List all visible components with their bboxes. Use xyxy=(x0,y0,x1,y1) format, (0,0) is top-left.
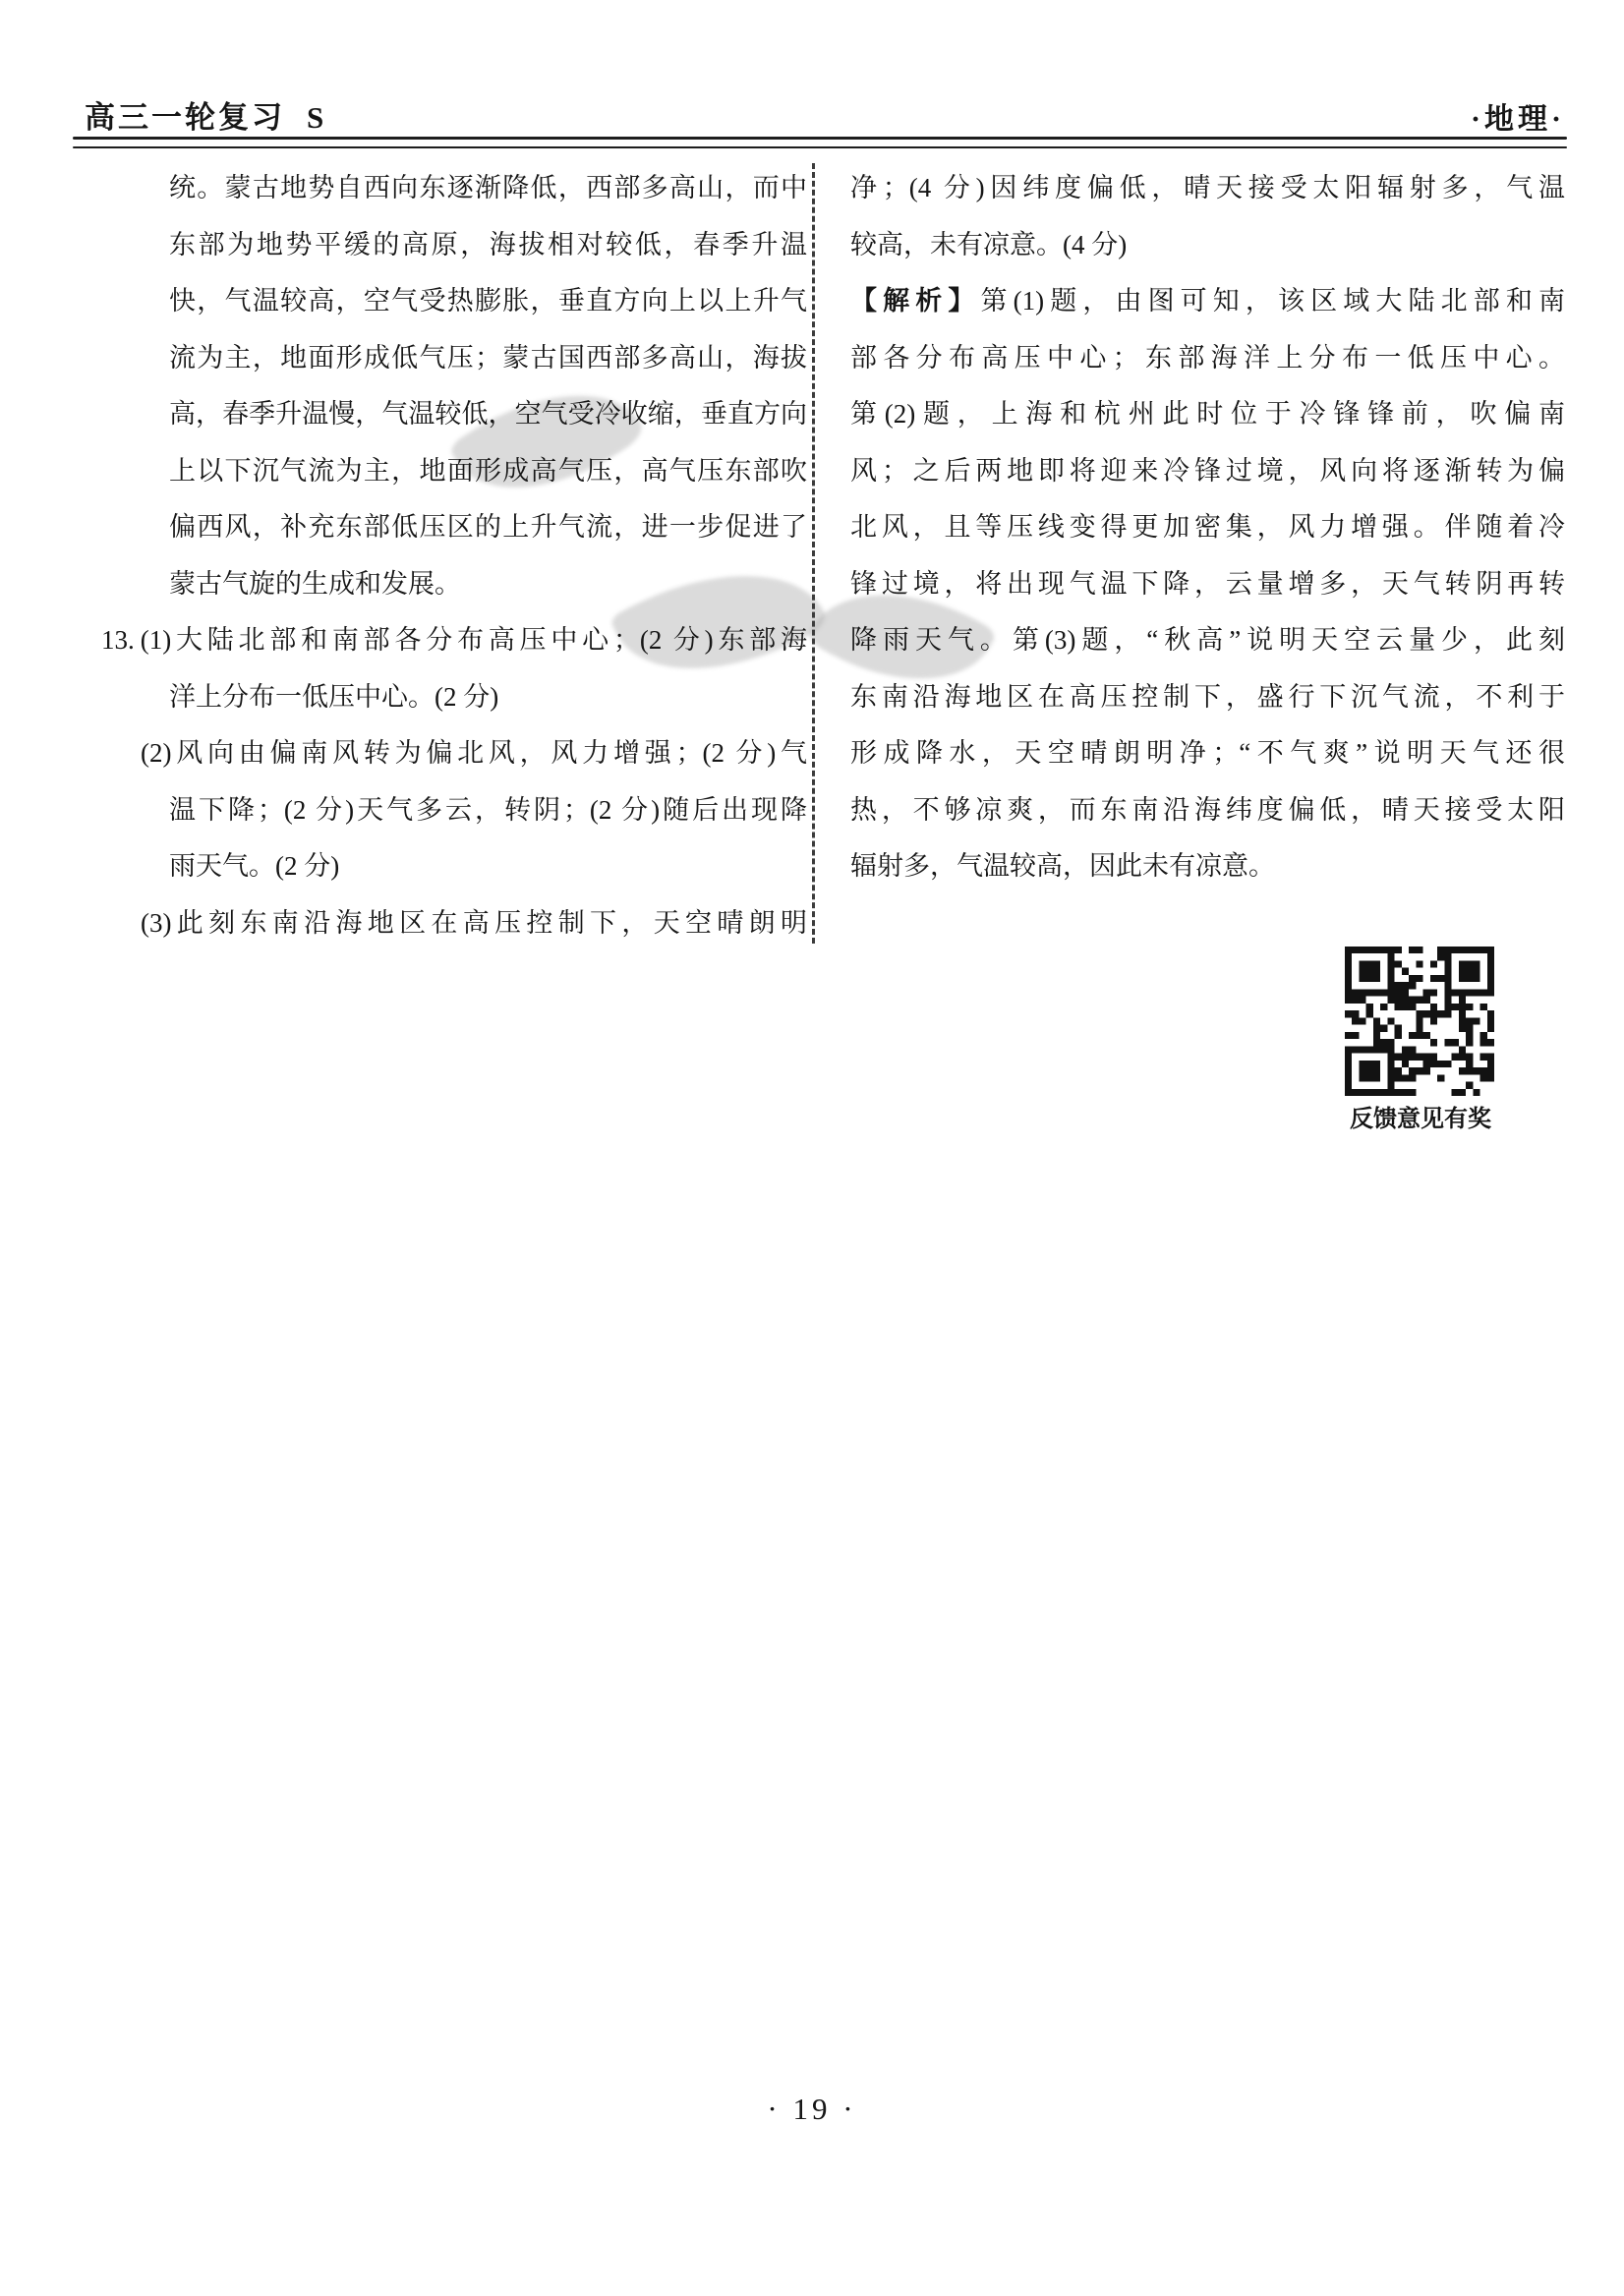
text-line: 偏西风，补充东部低压区的上升气流，进一步促进了 xyxy=(101,499,807,556)
text-line: 锋过境，将出现气温下降，云量增多，天气转阴再转 xyxy=(850,556,1565,613)
header-title-text: 高三一轮复习 xyxy=(85,100,285,135)
text-line: (3)此刻东南沿海地区在高压控制下，天空晴朗明 xyxy=(101,895,807,952)
column-divider xyxy=(812,163,815,944)
analysis-label: 【解析】 xyxy=(850,286,980,316)
text-line: 流为主，地面形成低气压；蒙古国西部多高山，海拔 xyxy=(101,330,807,387)
text-line: 东南沿海地区在高压控制下，盛行下沉气流，不利于 xyxy=(850,669,1565,726)
text-line: 降雨天气。第(3)题，“秋高”说明天空云量少，此刻 xyxy=(850,612,1565,669)
text-line: 温下降；(2 分)天气多云，转阴；(2 分)随后出现降 xyxy=(101,782,807,839)
text-line: 热，不够凉爽，而东南沿海纬度偏低，晴天接受太阳 xyxy=(850,782,1565,839)
text-line: 统。蒙古地势自西向东逐渐降低，西部多高山，而中 xyxy=(101,160,807,217)
header-edition: S xyxy=(307,100,323,135)
text-line: 高，春季升温慢，气温较低，空气受冷收缩，垂直方向 xyxy=(101,386,807,443)
text-line: 较高，未有凉意。(4 分) xyxy=(850,217,1565,274)
answer-text: (1)大陆北部和南部各分布高压中心；(2 分)东部海 xyxy=(141,625,807,655)
text-line: 雨天气。(2 分) xyxy=(101,838,807,895)
text-line: 净；(4 分)因纬度偏低，晴天接受太阳辐射多，气温 xyxy=(850,160,1565,217)
text-line: 蒙古气旋的生成和发展。 xyxy=(101,556,807,613)
scanned-answer-page: 高三一轮复习S ·地理· 统。蒙古地势自西向东逐渐降低，西部多高山，而中 东部为… xyxy=(0,0,1624,2296)
qr-code xyxy=(1345,947,1494,1096)
text-line: 形成降水，天空晴朗明净；“不气爽”说明天气还很 xyxy=(850,725,1565,782)
header-title: 高三一轮复习S xyxy=(85,92,323,137)
analysis-text: 第(1)题，由图可知，该区域大陆北部和南 xyxy=(980,286,1565,316)
header-subject: ·地理· xyxy=(1471,94,1565,138)
question-number: 13. xyxy=(101,625,141,655)
page-number: · 19 · xyxy=(0,2092,1624,2127)
text-line: 部各分布高压中心；东部海洋上分布一低压中心。 xyxy=(850,330,1565,387)
header-rule-bottom xyxy=(73,146,1567,148)
text-line: 【解析】第(1)题，由图可知，该区域大陆北部和南 xyxy=(850,273,1565,330)
text-line: 洋上分布一低压中心。(2 分) xyxy=(101,669,807,726)
text-line: 东部为地势平缓的高原，海拔相对较低，春季升温 xyxy=(101,217,807,274)
text-line: (2)风向由偏南风转为偏北风，风力增强；(2 分)气 xyxy=(101,725,807,782)
header-rule-top xyxy=(73,137,1567,140)
qr-caption: 反馈意见有奖 xyxy=(1333,1099,1508,1133)
text-line: 上以下沉气流为主，地面形成高气压，高气压东部吹 xyxy=(101,443,807,500)
left-column: 统。蒙古地势自西向东逐渐降低，西部多高山，而中 东部为地势平缓的高原，海拔相对较… xyxy=(101,160,807,951)
right-column: 净；(4 分)因纬度偏低，晴天接受太阳辐射多，气温 较高，未有凉意。(4 分) … xyxy=(850,160,1565,895)
text-line: 辐射多，气温较高，因此未有凉意。 xyxy=(850,838,1565,895)
text-line: 风；之后两地即将迎来冷锋过境，风向将逐渐转为偏 xyxy=(850,443,1565,500)
text-line: 13.(1)大陆北部和南部各分布高压中心；(2 分)东部海 xyxy=(101,612,807,669)
text-line: 第(2)题，上海和杭州此时位于冷锋锋前，吹偏南 xyxy=(850,386,1565,443)
text-line: 快，气温较高，空气受热膨胀，垂直方向上以上升气 xyxy=(101,273,807,330)
text-line: 北风，且等压线变得更加密集，风力增强。伴随着冷 xyxy=(850,499,1565,556)
